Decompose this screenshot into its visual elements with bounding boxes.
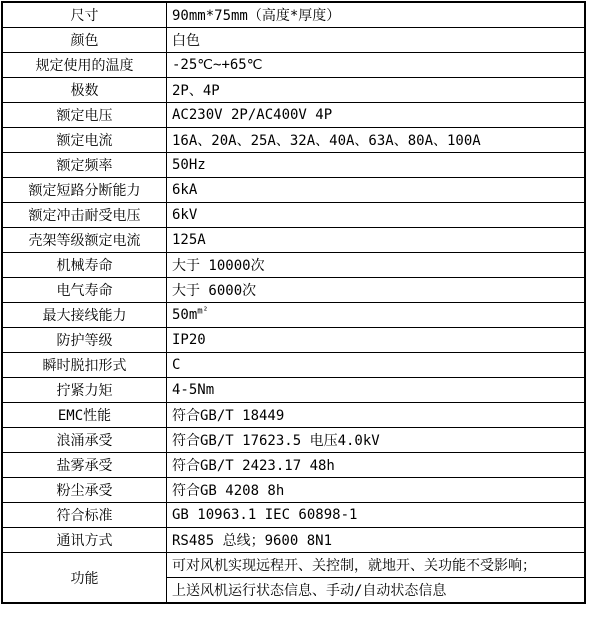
spec-label: 额定短路分断能力 (2, 178, 167, 203)
table-row: 额定频率50Hz (2, 153, 585, 178)
spec-value: 2P、4P (167, 78, 586, 103)
spec-value: C (167, 353, 586, 378)
spec-label: 浪涌承受 (2, 428, 167, 453)
table-row: 规定使用的温度-25℃~+65℃ (2, 53, 585, 78)
spec-label: 功能 (2, 553, 167, 604)
spec-label: 额定频率 (2, 153, 167, 178)
spec-value: 白色 (167, 28, 586, 53)
table-row: 通讯方式RS485 总线；9600 8N1 (2, 528, 585, 553)
table-row: 尺寸90mm*75mm（高度*厚度） (2, 2, 585, 28)
spec-value-text: 大于 6000次 (172, 283, 256, 299)
spec-value-text: 可对风机实现远程开、关控制，就地开、关功能不受影响； (172, 558, 536, 574)
spec-value: 大于 6000次 (167, 278, 586, 303)
spec-label: 最大接线能力 (2, 303, 167, 328)
spec-label: 额定电流 (2, 128, 167, 153)
spec-value-text: 6kA (172, 182, 197, 198)
spec-value: -25℃~+65℃ (167, 53, 586, 78)
spec-value: 符合GB/T 2423.17 48h (167, 453, 586, 478)
spec-value-text: 50Hz (172, 157, 206, 173)
spec-value-text: 50m (172, 307, 197, 323)
spec-value: 上送风机运行状态信息、手动/自动状态信息 (167, 578, 586, 604)
spec-value-text: 上送风机运行状态信息、手动/自动状态信息 (172, 583, 446, 599)
spec-value: 50mm² (167, 303, 586, 328)
spec-value-text: C (172, 357, 180, 373)
spec-value-text: 符合GB/T 18449 (172, 408, 284, 424)
spec-value: IP20 (167, 328, 586, 353)
table-row: EMC性能符合GB/T 18449 (2, 403, 585, 428)
spec-value-text: 16A、20A、25A、32A、40A、63A、80A、100A (172, 133, 481, 149)
spec-value-superscript: m² (197, 306, 208, 316)
table-row: 额定电压AC230V 2P/AC400V 4P (2, 103, 585, 128)
spec-value: AC230V 2P/AC400V 4P (167, 103, 586, 128)
table-row: 符合标准GB 10963.1 IEC 60898-1 (2, 503, 585, 528)
spec-label: 盐雾承受 (2, 453, 167, 478)
spec-value: 符合GB/T 17623.5 电压4.0kV (167, 428, 586, 453)
table-row: 额定短路分断能力6kA (2, 178, 585, 203)
table-row: 额定电流16A、20A、25A、32A、40A、63A、80A、100A (2, 128, 585, 153)
spec-label: 瞬时脱扣形式 (2, 353, 167, 378)
spec-label: 额定电压 (2, 103, 167, 128)
spec-label: 粉尘承受 (2, 478, 167, 503)
spec-label: 额定冲击耐受电压 (2, 203, 167, 228)
spec-value-text: 符合GB/T 17623.5 电压4.0kV (172, 433, 380, 449)
spec-label: 拧紧力矩 (2, 378, 167, 403)
spec-value: 125A (167, 228, 586, 253)
spec-value-text: 白色 (172, 33, 200, 49)
spec-table: 尺寸90mm*75mm（高度*厚度）颜色白色规定使用的温度-25℃~+65℃极数… (1, 1, 586, 604)
spec-value-text: 6kV (172, 207, 197, 223)
spec-label: 颜色 (2, 28, 167, 53)
spec-value: 符合GB/T 18449 (167, 403, 586, 428)
spec-value-text: 符合GB/T 2423.17 48h (172, 458, 335, 474)
spec-value: RS485 总线；9600 8N1 (167, 528, 586, 553)
table-row: 防护等级IP20 (2, 328, 585, 353)
spec-value: GB 10963.1 IEC 60898-1 (167, 503, 586, 528)
spec-label: 规定使用的温度 (2, 53, 167, 78)
spec-value-text: 4-5Nm (172, 382, 214, 398)
spec-label: 防护等级 (2, 328, 167, 353)
spec-value-text: 大于 10000次 (172, 258, 265, 274)
spec-label: 机械寿命 (2, 253, 167, 278)
table-row: 颜色白色 (2, 28, 585, 53)
spec-label: 通讯方式 (2, 528, 167, 553)
spec-value-text: 125A (172, 232, 206, 248)
spec-label: EMC性能 (2, 403, 167, 428)
table-row: 电气寿命大于 6000次 (2, 278, 585, 303)
table-row: 浪涌承受符合GB/T 17623.5 电压4.0kV (2, 428, 585, 453)
spec-value-text: 90mm*75mm（高度*厚度） (172, 8, 340, 24)
table-row: 粉尘承受符合GB 4208 8h (2, 478, 585, 503)
spec-value-text: 符合GB 4208 8h (172, 483, 284, 499)
table-row: 额定冲击耐受电压6kV (2, 203, 585, 228)
spec-label: 符合标准 (2, 503, 167, 528)
table-row: 机械寿命大于 10000次 (2, 253, 585, 278)
spec-value-text: -25℃~+65℃ (172, 57, 262, 73)
spec-value: 6kA (167, 178, 586, 203)
spec-value: 大于 10000次 (167, 253, 586, 278)
table-row: 盐雾承受符合GB/T 2423.17 48h (2, 453, 585, 478)
spec-table-body: 尺寸90mm*75mm（高度*厚度）颜色白色规定使用的温度-25℃~+65℃极数… (2, 2, 585, 603)
table-row: 壳架等级额定电流125A (2, 228, 585, 253)
table-row: 最大接线能力50mm² (2, 303, 585, 328)
spec-label: 尺寸 (2, 2, 167, 28)
spec-value: 可对风机实现远程开、关控制，就地开、关功能不受影响； (167, 553, 586, 578)
spec-label: 壳架等级额定电流 (2, 228, 167, 253)
spec-value: 4-5Nm (167, 378, 586, 403)
spec-value-text: IP20 (172, 332, 206, 348)
spec-value-text: RS485 总线；9600 8N1 (172, 533, 332, 549)
table-row: 功能可对风机实现远程开、关控制，就地开、关功能不受影响； (2, 553, 585, 578)
spec-value: 6kV (167, 203, 586, 228)
spec-value: 16A、20A、25A、32A、40A、63A、80A、100A (167, 128, 586, 153)
spec-value: 90mm*75mm（高度*厚度） (167, 2, 586, 28)
spec-label: 电气寿命 (2, 278, 167, 303)
spec-value-text: 2P、4P (172, 83, 220, 99)
table-row: 瞬时脱扣形式C (2, 353, 585, 378)
spec-label: 极数 (2, 78, 167, 103)
spec-value: 50Hz (167, 153, 586, 178)
table-row: 极数2P、4P (2, 78, 585, 103)
spec-value: 符合GB 4208 8h (167, 478, 586, 503)
table-row: 拧紧力矩4-5Nm (2, 378, 585, 403)
spec-value-text: GB 10963.1 IEC 60898-1 (172, 507, 357, 523)
spec-value-text: AC230V 2P/AC400V 4P (172, 107, 332, 123)
